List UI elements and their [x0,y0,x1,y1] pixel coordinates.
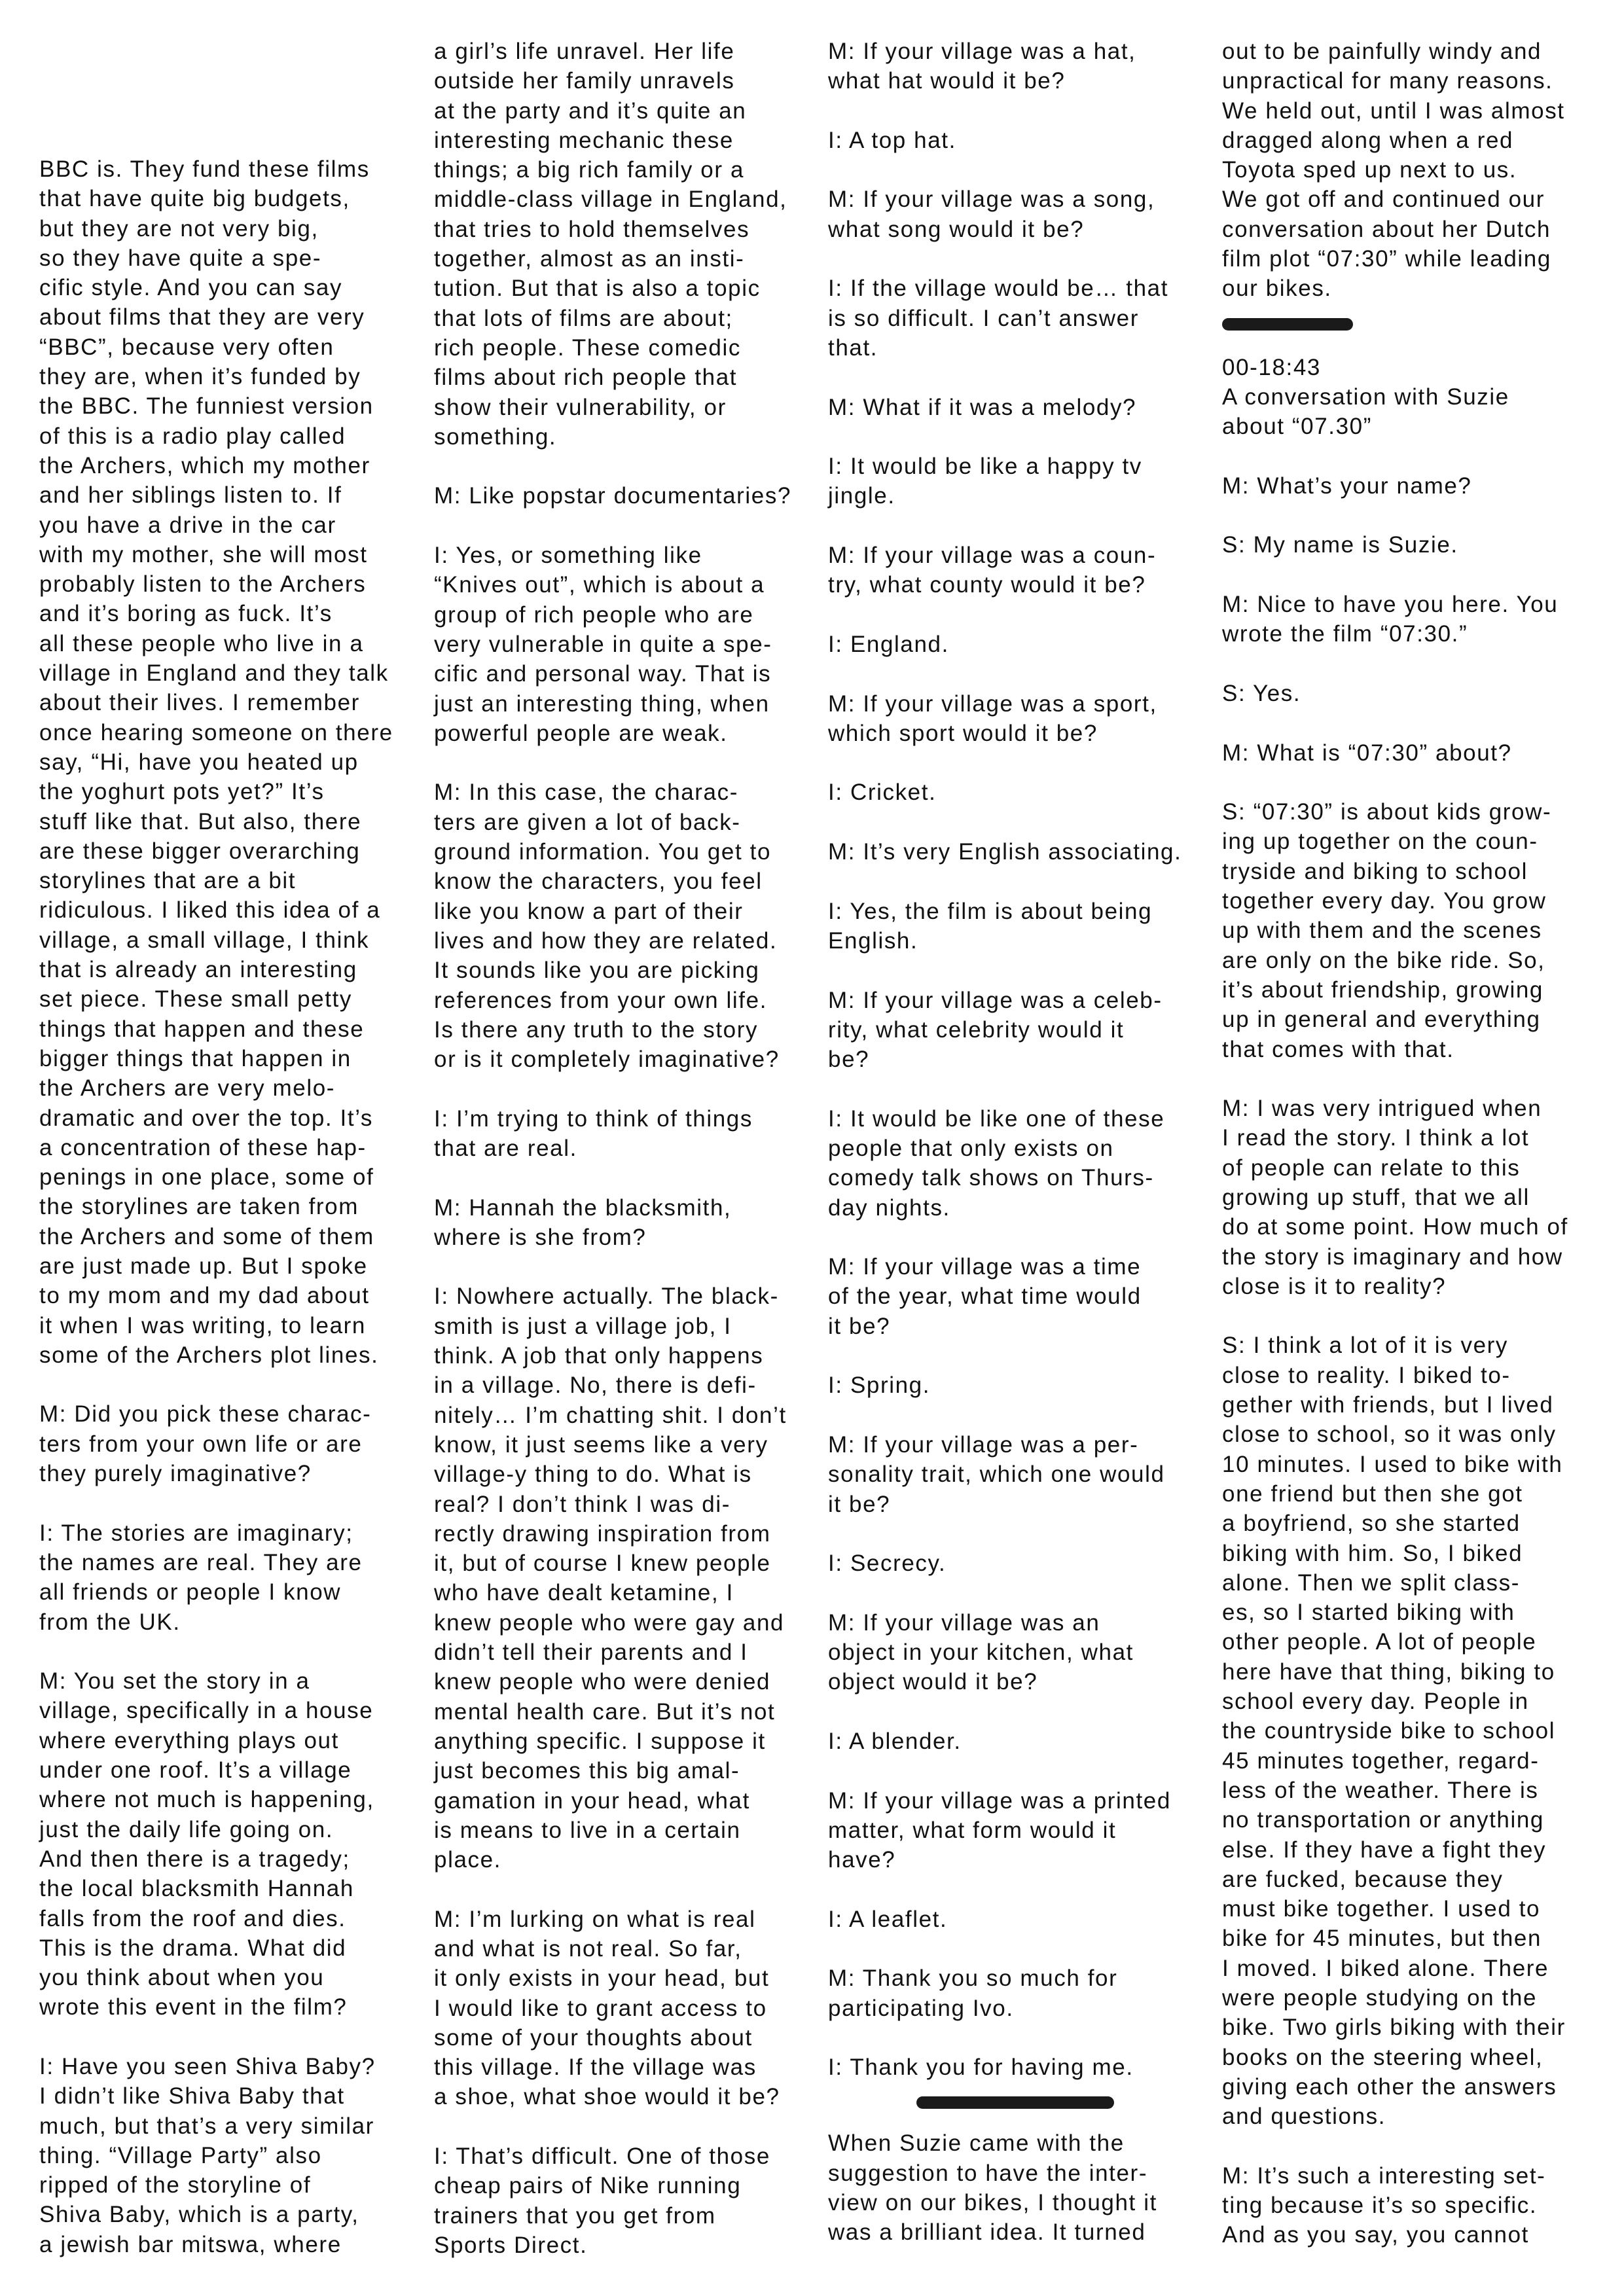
question-reality: M: I was very intrigued when I read the … [1222,1094,1602,1301]
question-sport: M: If your village was a sport, which sp… [828,689,1208,749]
answer-shiva-baby: I: Have you seen Shiva Baby? I didn’t li… [39,2052,419,2259]
question-melody: M: What if it was a melody? [828,393,1208,422]
answer-nike-trainers: I: That’s difficult. One of those cheap … [434,2142,814,2260]
paragraph-archers-description: BBC is. They fund these films that have … [39,154,419,1370]
section-divider-rule [1222,318,1353,331]
section-title: A conversation with Suzie about “07.30” [1222,382,1602,442]
question-film-about: M: What is “07:30” about? [1222,738,1602,768]
question-song: M: If your village was a song, what song… [828,185,1208,244]
question-celebrity: M: If your village was a celeb- rity, wh… [828,986,1208,1075]
question-background-information: M: In this case, the charac- ters are gi… [434,778,814,1074]
answer-film-about: S: “07:30” is about kids grow- ing up to… [1222,797,1602,1064]
answer-melody: I: It would be like a happy tv jingle. [828,452,1208,511]
section-divider-rule [916,2096,1114,2109]
answer-printed-matter: I: A leaflet. [828,1905,1208,1934]
answer-about-english: I: Yes, the film is about being English. [828,897,1208,956]
question-village-shoe: M: I’m lurking on what is real and what … [434,1905,814,2112]
text-column-1: BBC is. They fund these films that have … [39,154,419,2289]
text-column-3: M: If your village was a hat, what hat w… [828,37,1208,2248]
answer-hat: I: A top hat. [828,126,1208,155]
question-hannah-blacksmith: M: Hannah the blacksmith, where is she f… [434,1193,814,1253]
answer-things-real: I: I’m trying to think of things that ar… [434,1104,814,1164]
question-popstar-documentaries: M: Like popstar documentaries? [434,481,814,511]
question-printed-matter: M: If your village was a printed matter,… [828,1786,1208,1875]
answer-celebrity: I: It would be like one of these people … [828,1104,1208,1223]
intro-bike-interview-continued: out to be painfully windy and unpractica… [1222,37,1602,304]
answer-personality: I: Secrecy. [828,1549,1208,1578]
question-time-of-year: M: If your village was a time of the yea… [828,1252,1208,1341]
question-village-setting: M: You set the story in a village, speci… [39,1666,419,2022]
question-name: M: What’s your name? [1222,471,1602,501]
answer-song: I: If the village would be… that is so d… [828,274,1208,363]
answer-nowhere-actually: I: Nowhere actually. The black- smith is… [434,1282,814,1874]
answer-knives-out: I: Yes, or something like “Knives out”, … [434,541,814,748]
answer-name: S: My name is Suzie. [1222,530,1602,560]
question-kitchen-object: M: If your village was an object in your… [828,1608,1208,1697]
remark-wrote-film: M: Nice to have you here. You wrote the … [1222,590,1602,649]
paragraph-rich-family: a girl’s life unravel. Her life outside … [434,37,814,452]
remark-setting: M: It’s such a interesting set- ting bec… [1222,2161,1602,2250]
intro-bike-interview: When Suzie came with the suggestion to h… [828,2128,1208,2247]
answer-kitchen-object: I: A blender. [828,1727,1208,1756]
answer-sport: I: Cricket. [828,778,1208,807]
answer-time-of-year: I: Spring. [828,1371,1208,1400]
question-country: M: If your village was a coun- try, what… [828,541,1208,600]
answer-country: I: England. [828,630,1208,659]
question-hat: M: If your village was a hat, what hat w… [828,37,1208,96]
question-characters-origin: M: Did you pick these charac- ters from … [39,1399,419,1488]
closing-reply: I: Thank you for having me. [828,2053,1208,2082]
section-timestamp: 00-18:43 [1222,353,1602,382]
text-column-2: a girl’s life unravel. Her life outside … [434,37,814,2290]
answer-stories-imaginary: I: The stories are imaginary; the names … [39,1518,419,1637]
remark-english: M: It’s very English associating. [828,837,1208,867]
closing-thanks: M: Thank you so much for participating I… [828,1964,1208,2023]
answer-reality: S: I think a lot of it is very close to … [1222,1331,1602,2131]
question-personality: M: If your village was a per- sonality t… [828,1430,1208,1519]
text-column-4: out to be painfully windy and unpractica… [1222,37,1602,2280]
magazine-page: BBC is. They fund these films that have … [0,0,1624,2296]
answer-yes: S: Yes. [1222,679,1602,708]
